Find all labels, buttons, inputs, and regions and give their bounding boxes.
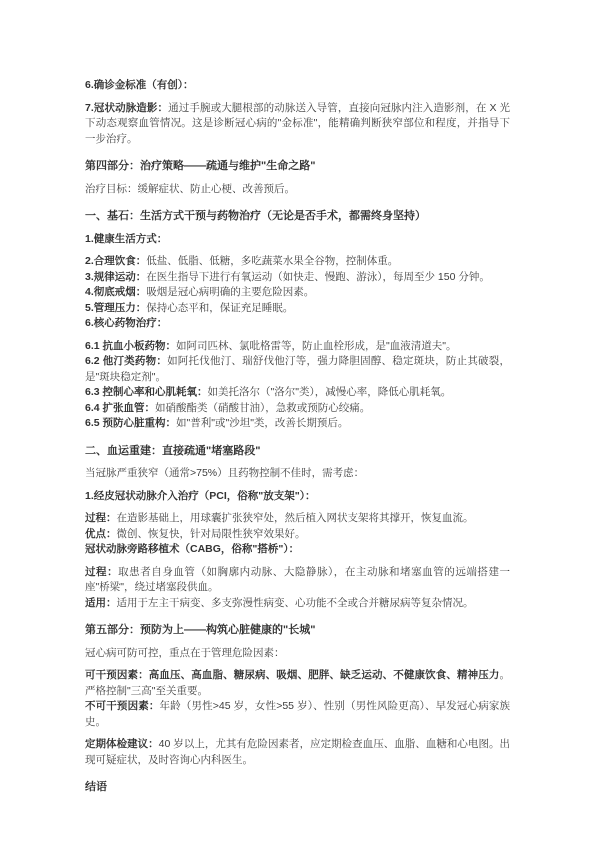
paragraph-line: 过程：在造影基础上，用球囊扩张狭窄处，然后植入网状支架将其撑开，恢复血流。: [85, 511, 510, 527]
text-run-bold: 6.3 控制心率和心肌耗氧：: [85, 386, 208, 398]
paragraph-line: 冠心病可防可控，重点在于管理危险因素：: [85, 646, 510, 662]
text-run-bold: 优点：: [85, 528, 117, 540]
section-heading: 二、血运重建：直接疏通"堵塞路段": [85, 444, 510, 460]
paragraph-line: 7.冠状动脉造影：通过手腕或大腿根部的动脉送入导管，直接向冠脉内注入造影剂，在 …: [85, 101, 510, 148]
text-run-bold: 6.1 抗血小板药物：: [85, 340, 176, 352]
text-run-bold: 结语: [85, 781, 107, 793]
text-run-bold: 6.4 扩张血管：: [85, 402, 155, 414]
paragraph-line: 过程：取患者自身血管（如胸廓内动脉、大隐静脉），在主动脉和堵塞血管的远端搭建一座…: [85, 565, 510, 596]
text-run: 微创、恢复快，针对局限性狭窄效果好。: [117, 528, 306, 540]
paragraph-line: 6.5 预防心脏重构：如"普利"或"沙坦"类，改善长期预后。: [85, 416, 510, 432]
text-run-bold: 适用：: [85, 597, 117, 609]
paragraph-line: 3.规律运动：在医生指导下进行有氧运动（如快走、慢跑、游泳），每周至少 150 …: [85, 270, 510, 286]
text-run-bold: 7.冠状动脉造影：: [85, 102, 168, 114]
document-page: 6.确诊金标准（有创）：7.冠状动脉造影：通过手腕或大腿根部的动脉送入导管，直接…: [0, 0, 595, 841]
paragraph-line: 定期体检建议：40 岁以上，尤其有危险因素者，应定期检查血压、血脂、血糖和心电图…: [85, 737, 510, 768]
section-heading: 第四部分：治疗策略——疏通与维护"生命之路": [85, 159, 510, 175]
text-run: 如"普利"或"沙坦"类，改善长期预后。: [176, 417, 348, 429]
text-run: 当冠脉严重狭窄（通常>75%）且药物控制不佳时，需考虑：: [85, 467, 364, 479]
paragraph-line: 当冠脉严重狭窄（通常>75%）且药物控制不佳时，需考虑：: [85, 466, 510, 482]
text-run-bold: 一、基石：生活方式干预与药物治疗（无论是否手术，都需终身坚持）: [85, 210, 426, 222]
paragraph-line: 5.管理压力：保持心态平和，保证充足睡眠。: [85, 301, 510, 317]
text-run: 取患者自身血管（如胸廓内动脉、大隐静脉），在主动脉和堵塞血管的远端搭建一座"桥梁…: [85, 566, 510, 594]
document-body: 6.确诊金标准（有创）：7.冠状动脉造影：通过手腕或大腿根部的动脉送入导管，直接…: [85, 78, 510, 796]
text-run: 保持心态平和，保证充足睡眠。: [146, 302, 293, 314]
paragraph-line: 4.彻底戒烟：吸烟是冠心病明确的主要危险因素。: [85, 285, 510, 301]
text-run-bold: 可干预因素：高血压、高血脂、糖尿病、吸烟、肥胖、缺乏运动、不健康饮食、精神压力: [85, 669, 500, 681]
text-run-bold: 2.合理饮食：: [85, 255, 146, 267]
paragraph-line: 优点：微创、恢复快，针对局限性狭窄效果好。: [85, 527, 510, 543]
paragraph-line: 治疗目标：缓解症状、防止心梗、改善预后。: [85, 182, 510, 198]
text-run-bold: 6.5 预防心脏重构：: [85, 417, 176, 429]
text-run: 如阿司匹林、氯吡格雷等，防止血栓形成，是"血液清道夫"。: [176, 340, 456, 352]
text-run-bold: 6.确诊金标准（有创）：: [85, 79, 194, 91]
text-run: 低盐、低脂、低糖，多吃蔬菜水果全谷物，控制体重。: [146, 255, 398, 267]
paragraph-line: 冠状动脉旁路移植术（CABG，俗称"搭桥"）：: [85, 542, 510, 558]
text-run-bold: 过程：: [85, 566, 118, 578]
text-run-bold: 6.2 他汀类药物：: [85, 355, 167, 367]
text-run-bold: 5.管理压力：: [85, 302, 146, 314]
text-run-bold: 过程：: [85, 512, 117, 524]
paragraph-line: 1.健康生活方式：: [85, 232, 510, 248]
text-run-bold: 冠状动脉旁路移植术（CABG，俗称"搭桥"）：: [85, 543, 299, 555]
text-run: 如硝酸酯类（硝酸甘油），急救或预防心绞痛。: [155, 402, 370, 414]
text-run: 适用于左主干病变、多支弥漫性病变、心功能不全或合并糖尿病等复杂情况。: [117, 597, 474, 609]
text-run-bold: 4.彻底戒烟：: [85, 286, 146, 298]
paragraph-line: 6.4 扩张血管：如硝酸酯类（硝酸甘油），急救或预防心绞痛。: [85, 401, 510, 417]
paragraph-line: 6.3 控制心率和心肌耗氧：如美托洛尔（"洛尔"类），减慢心率，降低心肌耗氧。: [85, 385, 510, 401]
paragraph-line: 1.经皮冠状动脉介入治疗（PCI，俗称"放支架"）：: [85, 489, 510, 505]
text-run-bold: 3.规律运动：: [85, 271, 146, 283]
paragraph-line: 6.确诊金标准（有创）：: [85, 78, 510, 94]
paragraph-line: 6.2 他汀类药物：如阿托伐他汀、瑞舒伐他汀等，强力降胆固醇、稳定斑块，防止其破…: [85, 354, 510, 385]
text-run-bold: 不可干预因素：: [85, 700, 160, 712]
section-heading: 第五部分：预防为上——构筑心脏健康的"长城": [85, 623, 510, 639]
text-run-bold: 第五部分：预防为上——构筑心脏健康的"长城": [85, 624, 315, 636]
section-heading: 一、基石：生活方式干预与药物治疗（无论是否手术，都需终身坚持）: [85, 209, 510, 225]
paragraph-line: 2.合理饮食：低盐、低脂、低糖，多吃蔬菜水果全谷物，控制体重。: [85, 254, 510, 270]
paragraph-line: 6.1 抗血小板药物：如阿司匹林、氯吡格雷等，防止血栓形成，是"血液清道夫"。: [85, 339, 510, 355]
text-run-bold: 定期体检建议：: [85, 738, 159, 750]
text-run: 冠心病可防可控，重点在于管理危险因素：: [85, 647, 285, 659]
text-run: 在造影基础上，用球囊扩张狭窄处，然后植入网状支架将其撑开，恢复血流。: [117, 512, 474, 524]
section-heading: 结语: [85, 780, 510, 796]
text-run: 在医生指导下进行有氧运动（如快走、慢跑、游泳），每周至少 150 分钟。: [146, 271, 490, 283]
paragraph-line: 可干预因素：高血压、高血脂、糖尿病、吸烟、肥胖、缺乏运动、不健康饮食、精神压力。…: [85, 668, 510, 699]
text-run-bold: 第四部分：治疗策略——疏通与维护"生命之路": [85, 160, 315, 172]
text-run-bold: 1.健康生活方式：: [85, 233, 167, 245]
text-run: 如美托洛尔（"洛尔"类），减慢心率，降低心肌耗氧。: [208, 386, 452, 398]
text-run: 吸烟是冠心病明确的主要危险因素。: [146, 286, 314, 298]
paragraph-line: 不可干预因素：年龄（男性>45 岁，女性>55 岁）、性别（男性风险更高）、早发…: [85, 699, 510, 730]
text-run: 治疗目标：缓解症状、防止心梗、改善预后。: [85, 183, 295, 195]
text-run-bold: 6.核心药物治疗：: [85, 317, 167, 329]
paragraph-line: 适用：适用于左主干病变、多支弥漫性病变、心功能不全或合并糖尿病等复杂情况。: [85, 596, 510, 612]
text-run-bold: 二、血运重建：直接疏通"堵塞路段": [85, 445, 260, 457]
text-run-bold: 1.经皮冠状动脉介入治疗（PCI，俗称"放支架"）：: [85, 490, 315, 502]
paragraph-line: 6.核心药物治疗：: [85, 316, 510, 332]
